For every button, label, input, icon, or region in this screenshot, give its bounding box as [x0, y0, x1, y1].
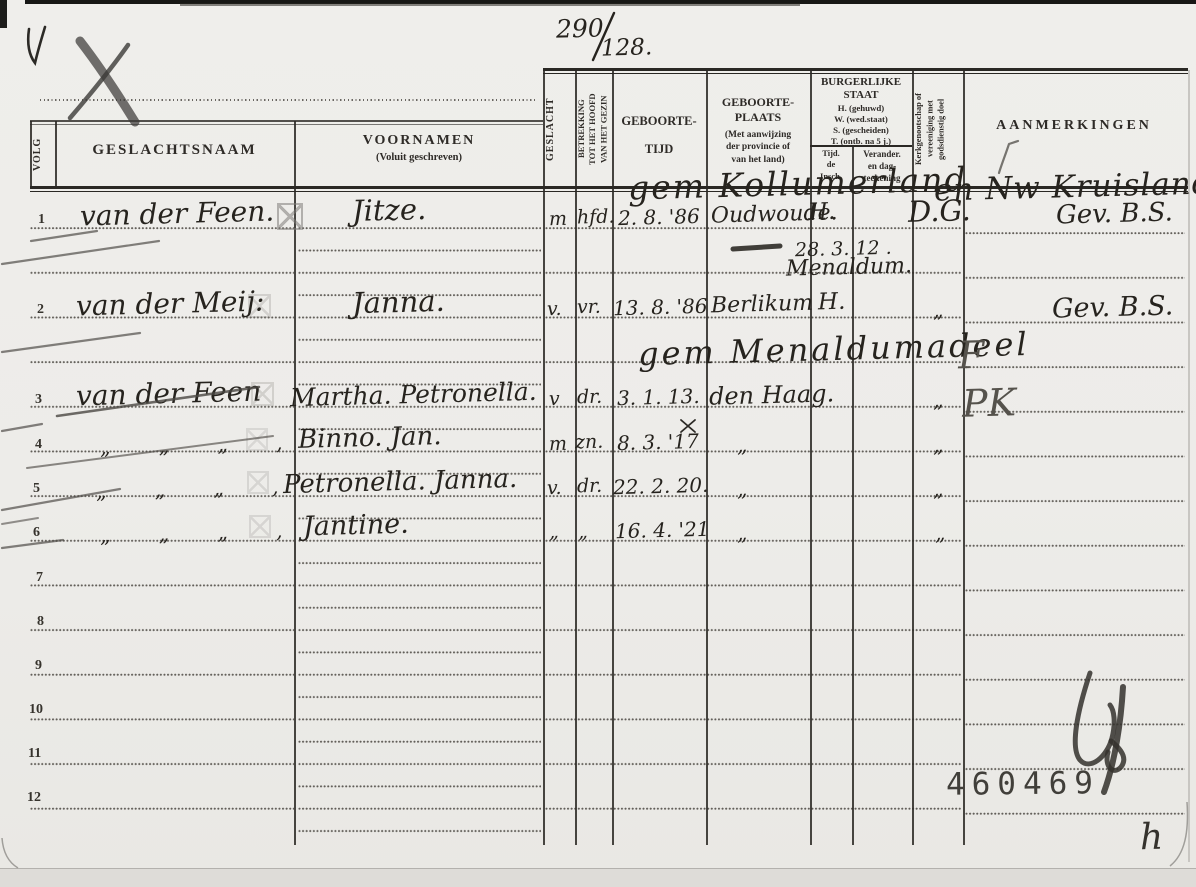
- folio-numerator: 290: [556, 15, 604, 41]
- row-surname: van der Feen.: [80, 197, 275, 230]
- archive-stamp-number: 460469: [946, 765, 1100, 803]
- row-number: 1: [38, 212, 45, 228]
- col-header-geslachtsnaam: GESLACHTSNAAM: [55, 142, 294, 159]
- row-number: 5: [33, 481, 40, 497]
- row-sex: „: [549, 523, 559, 542]
- crossbox-stamp-1: [277, 203, 303, 230]
- row-firstnames: Petronella. Janna.: [283, 466, 518, 498]
- row-sex: v: [549, 390, 560, 409]
- row-number: 3: [35, 392, 42, 408]
- row-firstnames: Binno. Jan.: [298, 423, 442, 453]
- row-church: „: [933, 390, 944, 410]
- col-header-geboorteplaats: GEBOORTE- PLAATS: [706, 95, 810, 125]
- row-birthplace: Berlikum: [711, 293, 814, 318]
- pencil-mark-remarks-header: [999, 141, 1018, 173]
- row-relation: dr.: [577, 388, 603, 408]
- col-header-burgerlijke-staat: BURGERLIJKE STAAT: [810, 76, 912, 102]
- card-corner-bottom-left: [2, 838, 18, 868]
- row-civil-state: H.: [808, 201, 836, 225]
- row-birthdate: 2. 8. '86: [618, 206, 700, 228]
- col-header-geslacht: GESLACHT: [545, 74, 573, 184]
- header-top-right: [543, 68, 1188, 71]
- row-remarks: Gev. B.S.: [1052, 292, 1174, 322]
- divider-relation: [575, 68, 577, 845]
- row-firstnames: Martha. Petronella.: [290, 379, 537, 410]
- row-birthdate: 13. 8. '86: [613, 296, 708, 318]
- col-header-burgerlijke-staat-codes: H. (gehuwd) W. (wed.staat) S. (gescheide…: [810, 103, 912, 147]
- row-number: 8: [37, 614, 44, 630]
- col-header-geboortetijd: GEBOORTE- TIJD: [612, 108, 706, 163]
- row-birthdate: 3. 1. 13.: [617, 386, 700, 408]
- row-number: 12: [27, 790, 41, 806]
- population-register-card: VOLG GESLACHTSNAAM VOORNAMEN (Voluit ges…: [0, 0, 1196, 887]
- row-remarks: Gev. B.S.: [1056, 199, 1173, 228]
- below-card-strip: [0, 869, 1196, 887]
- divider-sex: [543, 68, 545, 845]
- top-left-dotted-line: [40, 99, 535, 101]
- row-birthdate: 22. 2. 20.: [613, 475, 709, 497]
- row-firstnames: Jitze.: [352, 195, 427, 226]
- corner-mark: h: [1140, 820, 1164, 857]
- col-header-betrekking: BETREKKING TOT HET HOOFD VAN HET GEZIN: [576, 74, 611, 184]
- row-sex: m: [549, 435, 568, 454]
- row-birthplace-ditto: „: [737, 479, 748, 499]
- row-surname-ditto: „ „ „ ,: [96, 477, 279, 502]
- row-surname-ditto: „ „ „ ,: [100, 521, 283, 546]
- x-mark-stroke-2: [70, 45, 128, 118]
- row-birthdate: 16. 4. '21: [615, 519, 710, 541]
- col-header-geboorteplaats-sub: (Met aanwijzing der provincie of van het…: [706, 129, 810, 166]
- row-number: 7: [36, 570, 43, 586]
- row-church: „: [933, 300, 944, 320]
- row-surname-ditto: „ „ „ ,: [100, 433, 283, 458]
- check-mark: [28, 27, 45, 63]
- col-header-voornamen-sub: (Voluit geschreven): [295, 152, 543, 163]
- col-header-vol: VOLG: [32, 124, 54, 184]
- row-number: 11: [28, 746, 41, 762]
- row-surname: van der Meij:: [76, 288, 265, 321]
- row-church: „: [933, 435, 944, 455]
- row-birthplace-ditto: „: [737, 523, 748, 543]
- row-birthplace-ditto: „: [737, 435, 748, 455]
- row-church: „: [935, 523, 946, 543]
- row-birthdate: 8. 3. '17: [617, 431, 699, 453]
- row-church: D.G.: [908, 196, 972, 227]
- col-header-voornamen: VOORNAMEN: [295, 133, 543, 149]
- scan-edge-top-2: [180, 3, 800, 6]
- x-mark-stroke-1: [80, 41, 135, 122]
- row-number: 4: [35, 437, 42, 453]
- row-firstnames: Jantine.: [303, 511, 409, 541]
- row-number: 9: [35, 658, 42, 674]
- folio-denominator: 128.: [601, 36, 653, 60]
- row-civil-state: H.: [818, 291, 846, 315]
- pk-mark: PK: [962, 383, 1017, 422]
- scan-edge-corner: [0, 0, 7, 28]
- row-birthplace: den Haag.: [709, 381, 835, 408]
- row-relation: „: [578, 523, 588, 542]
- row-number: 10: [29, 702, 43, 718]
- header-top-left: [30, 120, 543, 122]
- divider-birthdate: [612, 68, 614, 845]
- row-surname: van der Feen: [76, 378, 262, 411]
- marriage-place: Menaldum.: [786, 255, 913, 280]
- f-mark: F: [958, 336, 985, 375]
- row-firstnames: Janna.: [352, 287, 446, 318]
- row-number: 6: [33, 525, 40, 541]
- row-relation: zn.: [575, 433, 604, 453]
- row-sex: m: [549, 210, 568, 229]
- row-relation: dr.: [577, 477, 603, 497]
- row-number: 2: [37, 302, 44, 318]
- row-relation: vr.: [577, 298, 601, 318]
- row-church: „: [933, 479, 944, 499]
- row-relation: hfd.: [577, 208, 615, 228]
- header-top-right-2: [543, 73, 1188, 74]
- row-sex: v.: [547, 300, 562, 319]
- header-top-left-2: [30, 124, 543, 125]
- row-sex: v.: [547, 479, 562, 498]
- col-header-aanmerkingen: AANMERKINGEN: [963, 118, 1185, 134]
